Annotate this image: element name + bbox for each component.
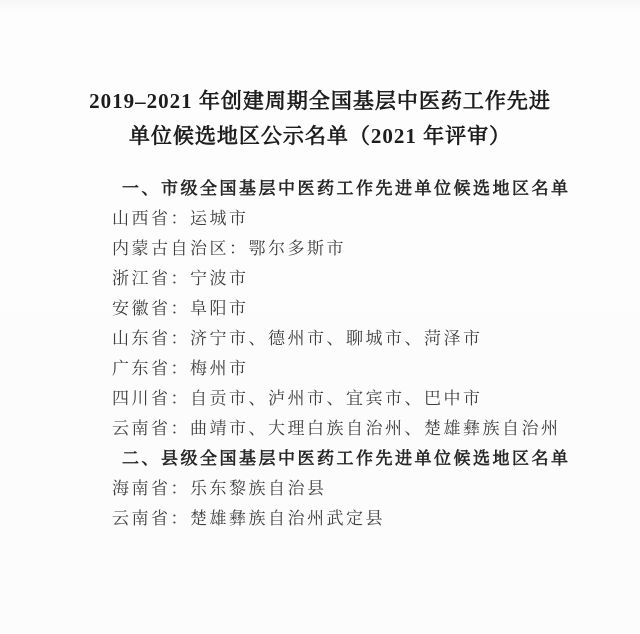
list-item: 海南省：乐东黎族自治县 (112, 474, 580, 504)
document-body: 一、市级全国基层中医药工作先进单位候选地区名单 山西省：运城市 内蒙古自治区：鄂… (0, 174, 640, 534)
document-title: 2019–2021 年创建周期全国基层中医药工作先进单位候选地区公示名单（202… (81, 0, 559, 154)
list-item: 浙江省：宁波市 (112, 264, 580, 294)
document-page: 2019–2021 年创建周期全国基层中医药工作先进单位候选地区公示名单（202… (0, 0, 640, 634)
list-item: 山东省：济宁市、德州市、聊城市、菏泽市 (112, 324, 580, 354)
section-heading-city-level: 一、市级全国基层中医药工作先进单位候选地区名单 (112, 174, 580, 204)
section-heading-county-level: 二、县级全国基层中医药工作先进单位候选地区名单 (112, 444, 580, 474)
list-item: 山西省：运城市 (112, 204, 580, 234)
list-item: 安徽省：阜阳市 (112, 294, 580, 324)
list-item: 四川省：自贡市、泸州市、宜宾市、巴中市 (112, 384, 580, 414)
list-item: 内蒙古自治区：鄂尔多斯市 (112, 234, 580, 264)
list-item: 云南省：曲靖市、大理白族自治州、楚雄彝族自治州 (112, 414, 580, 444)
list-item: 云南省：楚雄彝族自治州武定县 (112, 504, 580, 534)
list-item: 广东省：梅州市 (112, 354, 580, 384)
